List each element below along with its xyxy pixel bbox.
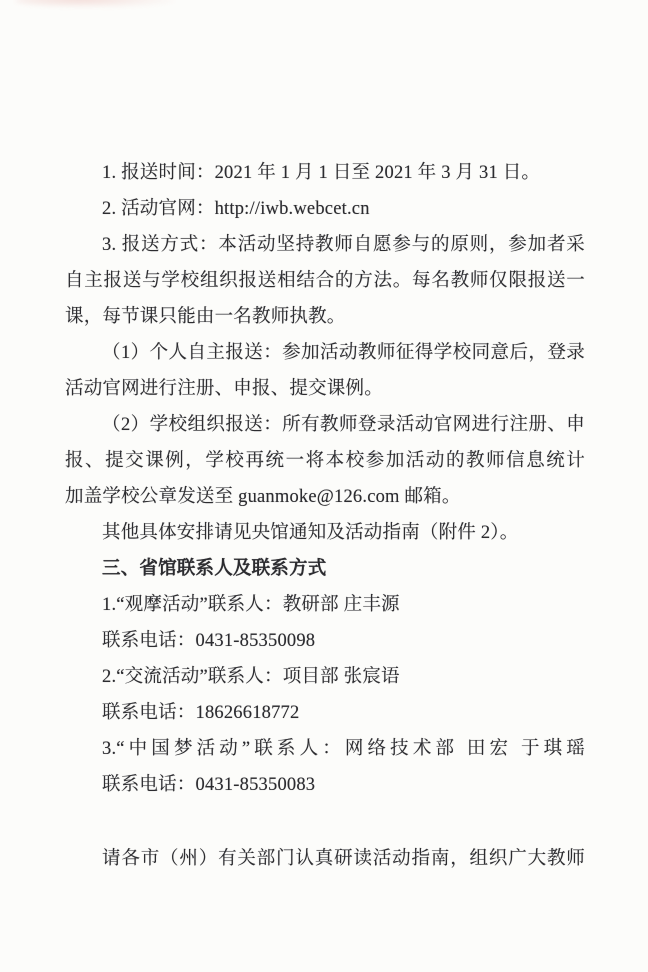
doc-line-official-website: 2. 活动官网：http://iwb.webcet.cn: [65, 191, 585, 227]
doc-line-contact-1-phone: 联系电话：0431-85350098: [65, 623, 585, 659]
doc-line-contact-3-name: 3.“中国梦活动”联系人：网络技术部 田宏 于琪瑶: [65, 731, 585, 767]
doc-line-school-submit-3: 加盖学校公章发送至 guanmoke@126.com 邮箱。: [65, 479, 585, 515]
doc-line-school-submit-1: （2）学校组织报送：所有教师登录活动官网进行注册、申: [65, 407, 585, 443]
doc-line-individual-submit-1: （1）个人自主报送：参加活动教师征得学校同意后，登录: [65, 335, 585, 371]
doc-line-individual-submit-2: 活动官网进行注册、申报、提交课例。: [65, 371, 585, 407]
doc-line-submission-time: 1. 报送时间：2021 年 1 月 1 日至 2021 年 3 月 31 日。: [65, 155, 585, 191]
doc-line-contact-1-name: 1.“观摩活动”联系人：教研部 庄丰源: [65, 587, 585, 623]
doc-line-contact-2-name: 2.“交流活动”联系人：项目部 张宸语: [65, 659, 585, 695]
scan-smudge-artifact: [15, 0, 175, 8]
doc-line-other-arrangements: 其他具体安排请见央馆通知及活动指南（附件 2）。: [65, 515, 585, 551]
doc-line-submission-method-1: 3. 报送方式：本活动坚持教师自愿参与的原则，参加者采用: [65, 227, 585, 263]
doc-line-submission-method-3: 课，每节课只能由一名教师执教。: [65, 299, 585, 335]
doc-line-contact-3-phone: 联系电话：0431-85350083: [65, 767, 585, 803]
document-page: 1. 报送时间：2021 年 1 月 1 日至 2021 年 3 月 31 日。…: [0, 0, 648, 972]
doc-line-closing-request: 请各市（州）有关部门认真研读活动指南，组织广大教师积: [65, 841, 585, 877]
document-body: 1. 报送时间：2021 年 1 月 1 日至 2021 年 3 月 31 日。…: [65, 155, 585, 877]
doc-line-submission-method-2: 自主报送与学校组织报送相结合的方法。每名教师仅限报送一节: [65, 263, 585, 299]
doc-line-school-submit-2: 报、提交课例，学校再统一将本校参加活动的教师信息统计表，: [65, 443, 585, 479]
section-heading-contacts: 三、省馆联系人及联系方式: [65, 551, 585, 587]
doc-line-contact-2-phone: 联系电话：18626618772: [65, 695, 585, 731]
